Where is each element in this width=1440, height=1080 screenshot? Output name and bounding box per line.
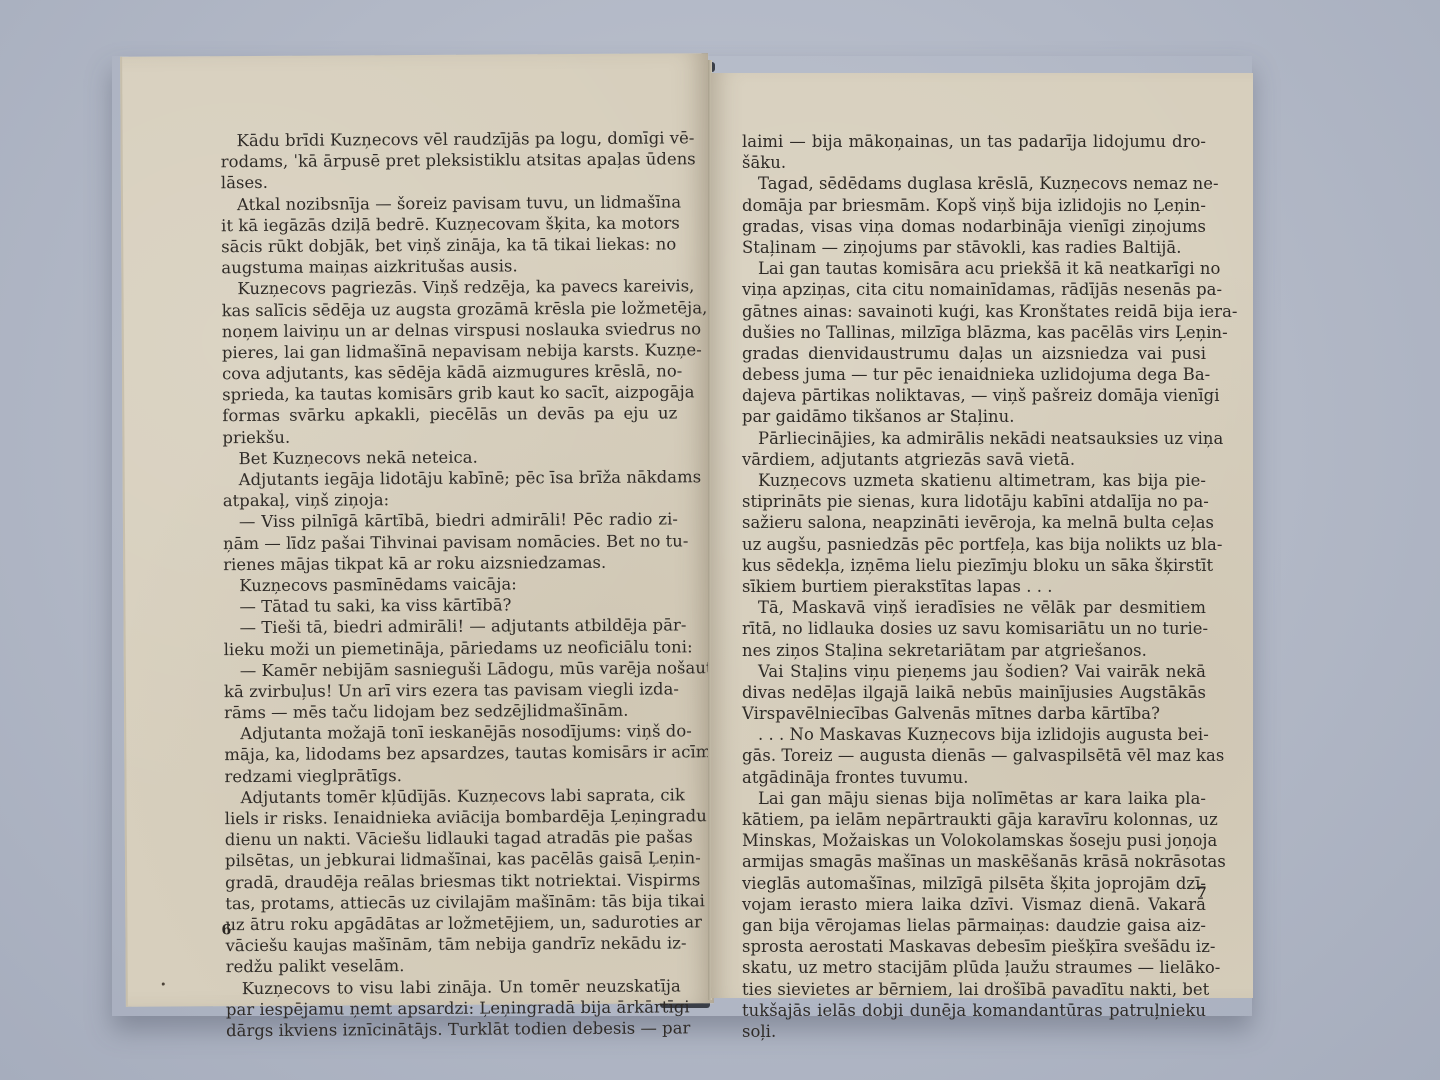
text-line: rītā, no lidlauka dosies uz savu komisar… [742,618,1206,639]
text-line: Pārliecinājies, ka admirālis nekādi neat… [742,428,1206,449]
text-line: pieres, lai gan lidmašīnā nepavisam nebi… [222,339,677,363]
text-line: tukšajās ielās dobji dunēja komandantūra… [742,1000,1206,1021]
text-line: uz augšu, pasniedzās pēc portfeļa, kas b… [742,534,1206,555]
text-line: gan bija vērojamas lielas pārmaiņas: dau… [742,915,1206,936]
text-line: rienes mājas tikpat kā ar roku aizsniedz… [223,551,678,575]
text-line: domāja par briesmām. Kopš viņš bija izli… [742,195,1206,216]
text-line: Adjutants tomēr kļūdījās. Kuzņecovs labi… [225,784,680,808]
text-line: dārgs ikviens iznīcinātājs. Turklāt todi… [226,1017,681,1041]
text-line: cova adjutants, kas sēdēja kādā aizmugur… [222,360,677,384]
text-line: divas nedēļas ilgajā laikā nebūs mainīju… [742,682,1206,703]
text-line: viņa apziņas, cita citu nomainīdamas, rā… [742,279,1206,300]
text-line: noņem laiviņu un ar delnas virspusi nosl… [222,318,677,342]
text-line: ņām — līdz pašai Tihvinai pavisam nomāci… [223,530,678,554]
text-line: — Kamēr nebijām sasnieguši Lādogu, mūs v… [224,657,679,681]
text-line: ties sievietes ar bērniem, lai drošībā p… [742,979,1206,1000]
text-line: Kādu brīdi Kuzņecovs vēl raudzījās pa lo… [221,127,676,151]
text-line: rodams, ˈkā ārpusē pret pleksistiklu ats… [221,149,676,173]
text-line: kātiem, pa ielām nepārtraukti gāja karav… [742,809,1206,830]
text-line: skatu, uz metro stacijām plūda ļaužu str… [742,957,1206,978]
text-line: Adjutants iegāja lidotāju kabīnē; pēc īs… [223,466,678,490]
page-number-left: 6 [221,922,231,938]
text-line: tas, protams, attiecās uz civilajām mašī… [225,890,680,914]
text-line: augstuma maiņas aizkritušas ausis. [221,255,676,279]
text-line: gātnes ainas: savainoti kuģi, kas Kronšt… [742,301,1206,322]
text-line: kus sēdekļa, izņēma lielu piezīmju bloku… [742,555,1206,576]
text-line: vārdiem, adjutants atgriezās savā vietā. [742,449,1206,470]
text-line: sācis rūkt dobjāk, bet viņš zināja, ka t… [221,233,676,257]
text-line: Atkal nozibsnīja — šoreiz pavisam tuvu, … [221,191,676,215]
text-line: armijas smagās mašīnas un maskēšanās krā… [742,851,1206,872]
text-line: vojam ierasto miera laika dzīvi. Vismaz … [742,894,1206,915]
left-page: Kādu brīdi Kuzņecovs vēl raudzījās pa lo… [120,53,714,1007]
text-line: sprosta aerostati Maskavas debesīm piešķ… [742,936,1206,957]
text-line: — Tieši tā, biedri admirāli! — adjutants… [224,615,679,639]
text-line: Minskas, Možaiskas un Volokolamskas šose… [742,830,1206,851]
text-line: Kuzņecovs uzmeta skatienu altimetram, ka… [742,470,1206,491]
text-line: vāciešu kaujas mašīnām, tām nebija gandr… [225,933,680,957]
page-number-right: 7 [1197,885,1207,901]
text-line: . . . No Maskavas Kuzņecovs bija izlidoj… [742,724,1206,745]
text-line: Tagad, sēdēdams duglasa krēslā, Kuzņecov… [742,173,1206,194]
text-line: gās. Toreiz — augusta dienās — galvaspil… [742,745,1206,766]
text-line: gradā, draudēja reālas briesmas tikt not… [225,869,680,893]
text-line: nes ziņos Staļina sekretariātam par atgr… [742,640,1206,661]
text-line: Kuzņecovs pagriezās. Viņš redzēja, ka pa… [221,276,676,300]
text-line: laimi — bija mākoņainas, un tas padarīja… [742,131,1206,152]
text-line: Staļinam — ziņojums par stāvokli, kas ra… [742,237,1206,258]
paper-speck [819,928,821,930]
text-line: Adjutanta možajā tonī ieskanējās nosodīj… [224,721,679,745]
text-line: atpakaļ, viņš ziņoja: [223,488,678,512]
text-line: Tā, Maskavā viņš ieradīsies ne vēlāk par… [742,597,1206,618]
paper-speck [162,983,165,986]
text-line: redzami vieglprātīgs. [224,763,679,787]
text-line: sažieru salona, neapzināti ievēroja, ka … [742,512,1206,533]
text-line: Kuzņecovs to visu labi zināja. Un tomēr … [226,975,681,999]
text-line: kā zvirbuļus! Un arī virs ezera tas pavi… [224,678,679,702]
text-line: — Tātad tu saki, ka viss kārtībā? [223,594,678,618]
text-line: dienu un nakti. Vāciešu lidlauki tagad a… [225,827,680,851]
text-line: liels ir risks. Ienaidnieka aviācija bom… [225,805,680,829]
left-page-text: Kādu brīdi Kuzņecovs vēl raudzījās pa lo… [221,127,682,1041]
text-line: dajeva pārtikas noliktavas, — viņš pašre… [742,385,1206,406]
text-line: šāku. [742,152,1206,173]
text-line: sīkiem burtiem pierakstītas lapas . . . [742,576,1206,597]
text-line: vieglās automašīnas, milzīgā pilsēta šķi… [742,873,1206,894]
right-page-text: laimi — bija mākoņainas, un tas padarīja… [742,131,1206,1042]
text-line: kas salīcis sēdēja uz augsta grozāmā krē… [222,297,677,321]
text-line: gradas dienvidaustrumu daļas un aizsnied… [742,343,1206,364]
text-line: pilsētas, un jebkurai lidmašīnai, kas pa… [225,848,680,872]
text-line: par gaidāmo tikšanos ar Staļinu. [742,406,1206,427]
text-line: gradas, visas viņa domas nodarbināja vie… [742,216,1206,237]
text-line: stiprināts pie sienas, kura lidotāju kab… [742,491,1206,512]
text-line: Kuzņecovs pasmīnēdams vaicāja: [223,572,678,596]
text-line: atgādināja frontes tuvumu. [742,767,1206,788]
text-line: uz ātru roku apgādātas ar ložmetējiem, u… [225,911,680,935]
text-line: Bet Kuzņecovs nekā neteica. [222,445,677,469]
text-line: formas svārku apkakli, piecēlās un devās… [222,403,677,427]
text-line: Lai gan tautas komisāra acu priekšā it k… [742,258,1206,279]
text-line: Virspavēlniecības Galvenās mītnes darba … [742,703,1206,724]
text-line: lieku moži un piemetināja, pāriedams uz … [224,636,679,660]
text-line: lāses. [221,170,676,194]
right-page: laimi — bija mākoņainas, un tas padarīja… [711,73,1253,998]
text-line: soļi. [742,1021,1206,1042]
text-line: dušies no Tallinas, milzīga blāzma, kas … [742,322,1206,343]
text-line: par iespējamu ņemt apsardzi: Ļeņingradā … [226,996,681,1020]
text-line: it kā iegāzās dziļā bedrē. Kuzņecovam šķ… [221,212,676,236]
text-line: Vai Staļins viņu pieņems jau šodien? Vai… [742,661,1206,682]
text-line: Lai gan māju sienas bija nolīmētas ar ka… [742,788,1206,809]
text-line: debess juma — tur pēc ienaidnieka uzlido… [742,364,1206,385]
text-line: redžu palikt veselām. [226,954,681,978]
text-line: priekšu. [222,424,677,448]
text-line: sprieda, ka tautas komisārs grib kaut ko… [222,382,677,406]
text-line: rāms — mēs taču lidojam bez sedzējlidmaš… [224,699,679,723]
text-line: māja, ka, lidodams bez apsardzes, tautas… [224,742,679,766]
text-line: — Viss pilnīgā kārtībā, biedri admirāli!… [223,509,678,533]
